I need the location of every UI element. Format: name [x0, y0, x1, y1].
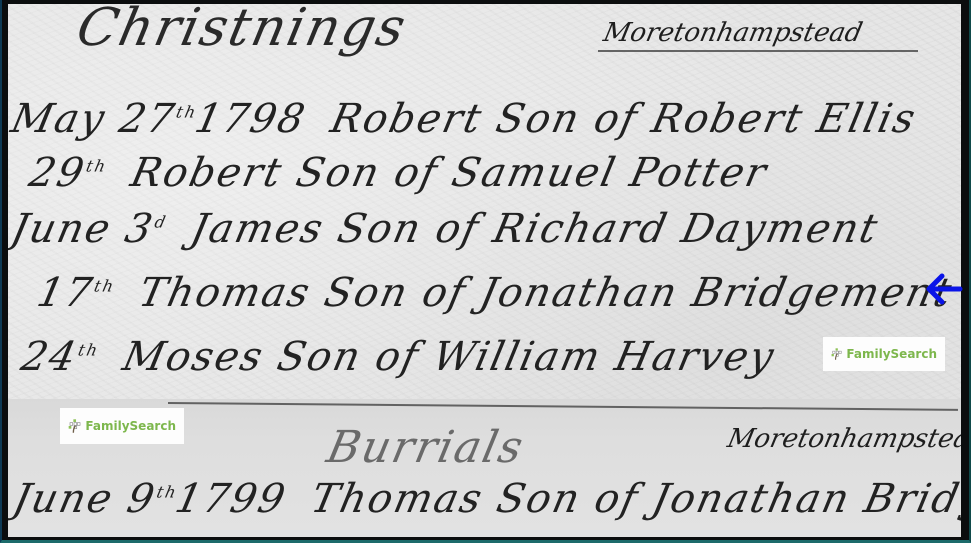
left-arrow-icon: [924, 272, 964, 306]
entry-text: Robert Son of Samuel Potter: [127, 150, 772, 196]
entry-row: 24thMoses Son of William Harvey: [17, 334, 805, 380]
entry-row: June 3dJames Son of Richard Dayment: [8, 206, 909, 252]
entry-row: June 9th1799Thomas Son of Jonathan Bridg…: [9, 476, 961, 522]
familysearch-watermark: FamilySearch: [60, 408, 184, 444]
entry-row-highlighted: 17thThomas Son of Jonathan Bridgement: [33, 270, 961, 316]
document-frame: Christnings Moretonhampstead May 27th179…: [0, 0, 971, 543]
entry-text: Thomas Son of Jonathan Bridgement: [135, 270, 957, 316]
familysearch-watermark: FamilySearch: [823, 337, 945, 371]
watermark-label: FamilySearch: [85, 419, 176, 433]
entry-text: Thomas Son of Jonathan Bridgement: [307, 476, 961, 522]
watermark-label: FamilySearch: [846, 347, 937, 361]
entry-date: May 27th1798: [8, 96, 310, 142]
entry-date: June 9th1799: [9, 476, 291, 522]
entry-date: 24th: [17, 334, 102, 380]
family-tree-icon: [831, 343, 842, 365]
place-name-header: Moretonhampstead: [601, 18, 865, 48]
section-heading-christnings: Christnings: [72, 4, 413, 58]
entry-text: Robert Son of Robert Ellis: [327, 96, 921, 142]
entry-row: 29thRobert Son of Samuel Potter: [25, 150, 798, 196]
entry-text: Moses Son of William Harvey: [119, 334, 780, 380]
place-name-header: Moretonhampstead: [725, 424, 961, 454]
entry-text: James Son of Richard Dayment: [187, 206, 883, 252]
header-rule: [598, 50, 918, 52]
entry-date: 17th: [33, 270, 118, 316]
entry-date: 29th: [25, 150, 110, 196]
register-page: Christnings Moretonhampstead May 27th179…: [8, 4, 961, 537]
section-heading-burials: Burrials: [323, 422, 530, 473]
entry-row: May 27th1798Robert Son of Robert Ellis: [8, 96, 947, 142]
entry-date: June 3d: [8, 206, 171, 252]
family-tree-icon: [68, 415, 81, 437]
